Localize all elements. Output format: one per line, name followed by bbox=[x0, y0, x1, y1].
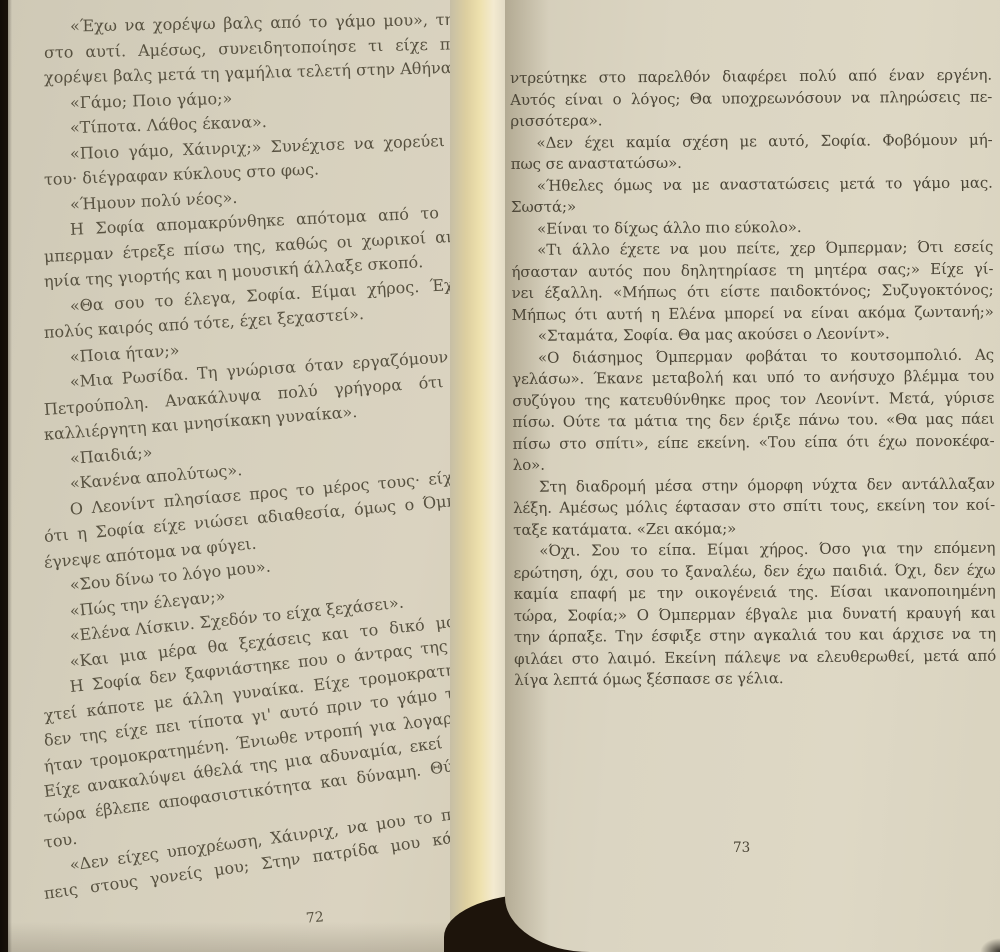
text-line: νει έξαλλη. «Μήπως ότι είστε παιδοκτόνος… bbox=[512, 280, 994, 305]
text-line: γελάσω». Έκανε μεταβολή και υπό το ανήσυ… bbox=[512, 366, 994, 391]
open-book-photo: «Έχω να χορέψω βαλς από το γάμο μου», τη… bbox=[0, 0, 1000, 952]
right-page-number: 73 bbox=[733, 840, 750, 856]
text-line: πίσω στο σπίτι», είπε εκείνη. «Του είπα … bbox=[513, 430, 995, 455]
text-line: Μήπως ότι αυτή η Ελένα μπορεί να είναι α… bbox=[512, 301, 994, 326]
text-line: λέξη. Αμέσως μόλις έφτασαν στο σπίτι του… bbox=[513, 495, 995, 520]
photo-left-shadow bbox=[0, 0, 12, 952]
right-page-text: ντρεύτηκε στο παρελθόν διαφέρει πολύ από… bbox=[510, 65, 996, 692]
text-line: «Τι άλλο έχετε να μου πείτε, χερ Όμπερμα… bbox=[511, 237, 993, 262]
photo-corner-shadow bbox=[980, 938, 1000, 952]
text-line: «Όχι. Σου το είπα. Είμαι χήρος. Όσο για … bbox=[513, 538, 995, 563]
text-line: Αυτός είναι ο λόγος; Θα υποχρεωνόσουν να… bbox=[510, 86, 992, 111]
text-line: πίσω. Ούτε τα μάτια της δεν έριξε πάνω τ… bbox=[512, 409, 994, 434]
left-page-number: 72 bbox=[305, 909, 324, 926]
book-gutter-page-edge bbox=[450, 0, 508, 952]
book-page-right: ντρεύτηκε στο παρελθόν διαφέρει πολύ από… bbox=[505, 0, 1000, 952]
text-line: φιλάει στο λαιμό. Εκείνη πάλεψε να ελευθ… bbox=[514, 645, 996, 670]
text-line: την άρπαξε. Την έσφιξε στην αγκαλιά του … bbox=[514, 624, 996, 649]
text-line: ντρεύτηκε στο παρελθόν διαφέρει πολύ από… bbox=[510, 65, 992, 90]
text-line: λίγα λεπτά όμως ξέσπασε σε γέλια. bbox=[514, 667, 996, 692]
text-line: «Ήθελες όμως να με αναστατώσεις μετά το … bbox=[511, 172, 993, 197]
text-line: «Δεν έχει καμία σχέση με αυτό, Σοφία. Φο… bbox=[510, 129, 992, 154]
left-page-text: «Έχω να χορέψω βαλς από το γάμο μου», τη… bbox=[44, 14, 470, 907]
text-line: καμία επαφή με την οικογένειά της. Είσαι… bbox=[514, 581, 996, 606]
book-page-left: «Έχω να χορέψω βαλς από το γάμο μου», τη… bbox=[8, 0, 470, 952]
